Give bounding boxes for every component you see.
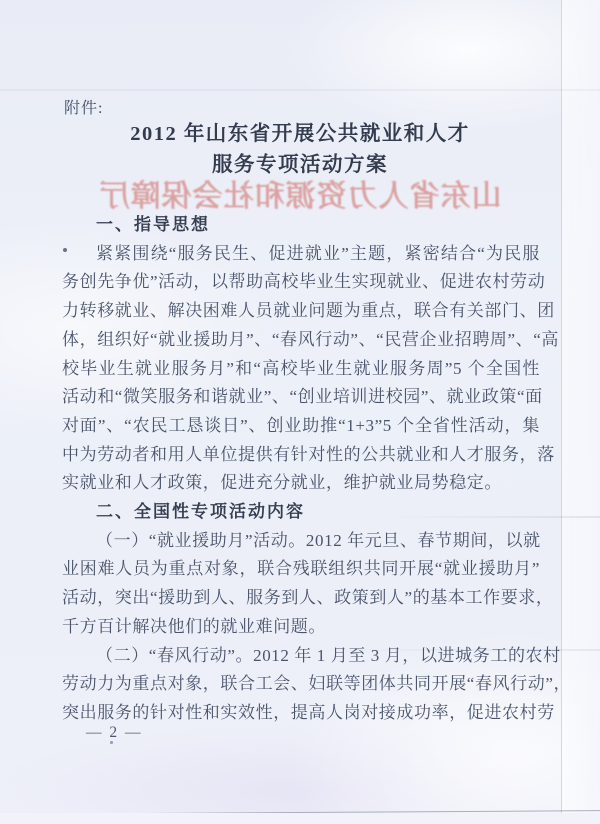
paragraph-line: 突出服务的针对性和实效性，提高人岗对接成功率，促进农村劳 — [62, 699, 540, 728]
paragraph-line: 力转移就业、解决困难人员就业问题为重点，联合有关部门、团 — [62, 297, 540, 326]
paragraph-line: 活动，突出“援助到人、服务到人、政策到人”的基本工作要求， — [62, 584, 540, 613]
paragraph-line: 劳动力为重点对象，联合工会、妇联等团体共同开展“春风行动”， — [62, 670, 540, 699]
paragraph-line: 实就业和人才政策，促进充分就业，维护就业局势稳定。 — [62, 469, 540, 498]
paragraph-line: 千方百计解决他们的就业难问题。 — [62, 613, 540, 642]
document-title: 2012 年山东省开展公共就业和人才 服务专项活动方案 — [0, 119, 600, 181]
attachment-label: 附件: — [64, 95, 103, 118]
paper-crease — [0, 89, 600, 91]
paragraph-line: 务创先争优”活动，以帮助高校毕业生实现就业、促进农村劳动 — [62, 268, 540, 297]
scanned-document-page: 山东省人力资源和社会保障厅 附件: 2012 年山东省开展公共就业和人才 服务专… — [0, 0, 600, 824]
document-body: 一、指导思想 紧紧围绕“服务民生、促进就业”主题，紧密结合“为民服 务创先争优”… — [62, 211, 540, 728]
section-heading-2: 二、全国性专项活动内容 — [62, 498, 540, 527]
section-heading-1: 一、指导思想 — [62, 211, 540, 240]
paragraph-line: （一）“就业援助月”活动。2012 年元旦、春节期间，以就 — [62, 527, 540, 556]
paragraph-line: （二）“春风行动”。2012 年 1 月至 3 月，以进城务工的农村 — [62, 642, 540, 671]
paragraph-line: 体，组织好“就业援助月”、“春风行动”、“民营企业招聘周”、“高 — [62, 326, 540, 355]
paper-below-edge — [0, 813, 600, 824]
paragraph-line: 校毕业生就业服务月”和“高校毕业生就业服务周”5 个全国性 — [62, 355, 540, 384]
document-title-line2: 服务专项活动方案 — [0, 150, 600, 181]
paragraph-line: 业困难人员为重点对象，联合残联组织共同开展“就业援助月” — [62, 555, 540, 584]
document-title-line1: 2012 年山东省开展公共就业和人才 — [0, 119, 600, 150]
paragraph-line: 中为劳动者和用人单位提供有针对性的公共就业和人才服务，落 — [62, 441, 540, 470]
paragraph-line: 活动和“微笑服务和谐就业”、“创业培训进校园”、就业政策“面 — [62, 383, 540, 412]
paragraph-line: 对面”、“农民工恳谈日”、创业助推“1+3”5 个全省性活动，集 — [62, 412, 540, 441]
paragraph-line: 紧紧围绕“服务民生、促进就业”主题，紧密结合“为民服 — [62, 240, 540, 269]
